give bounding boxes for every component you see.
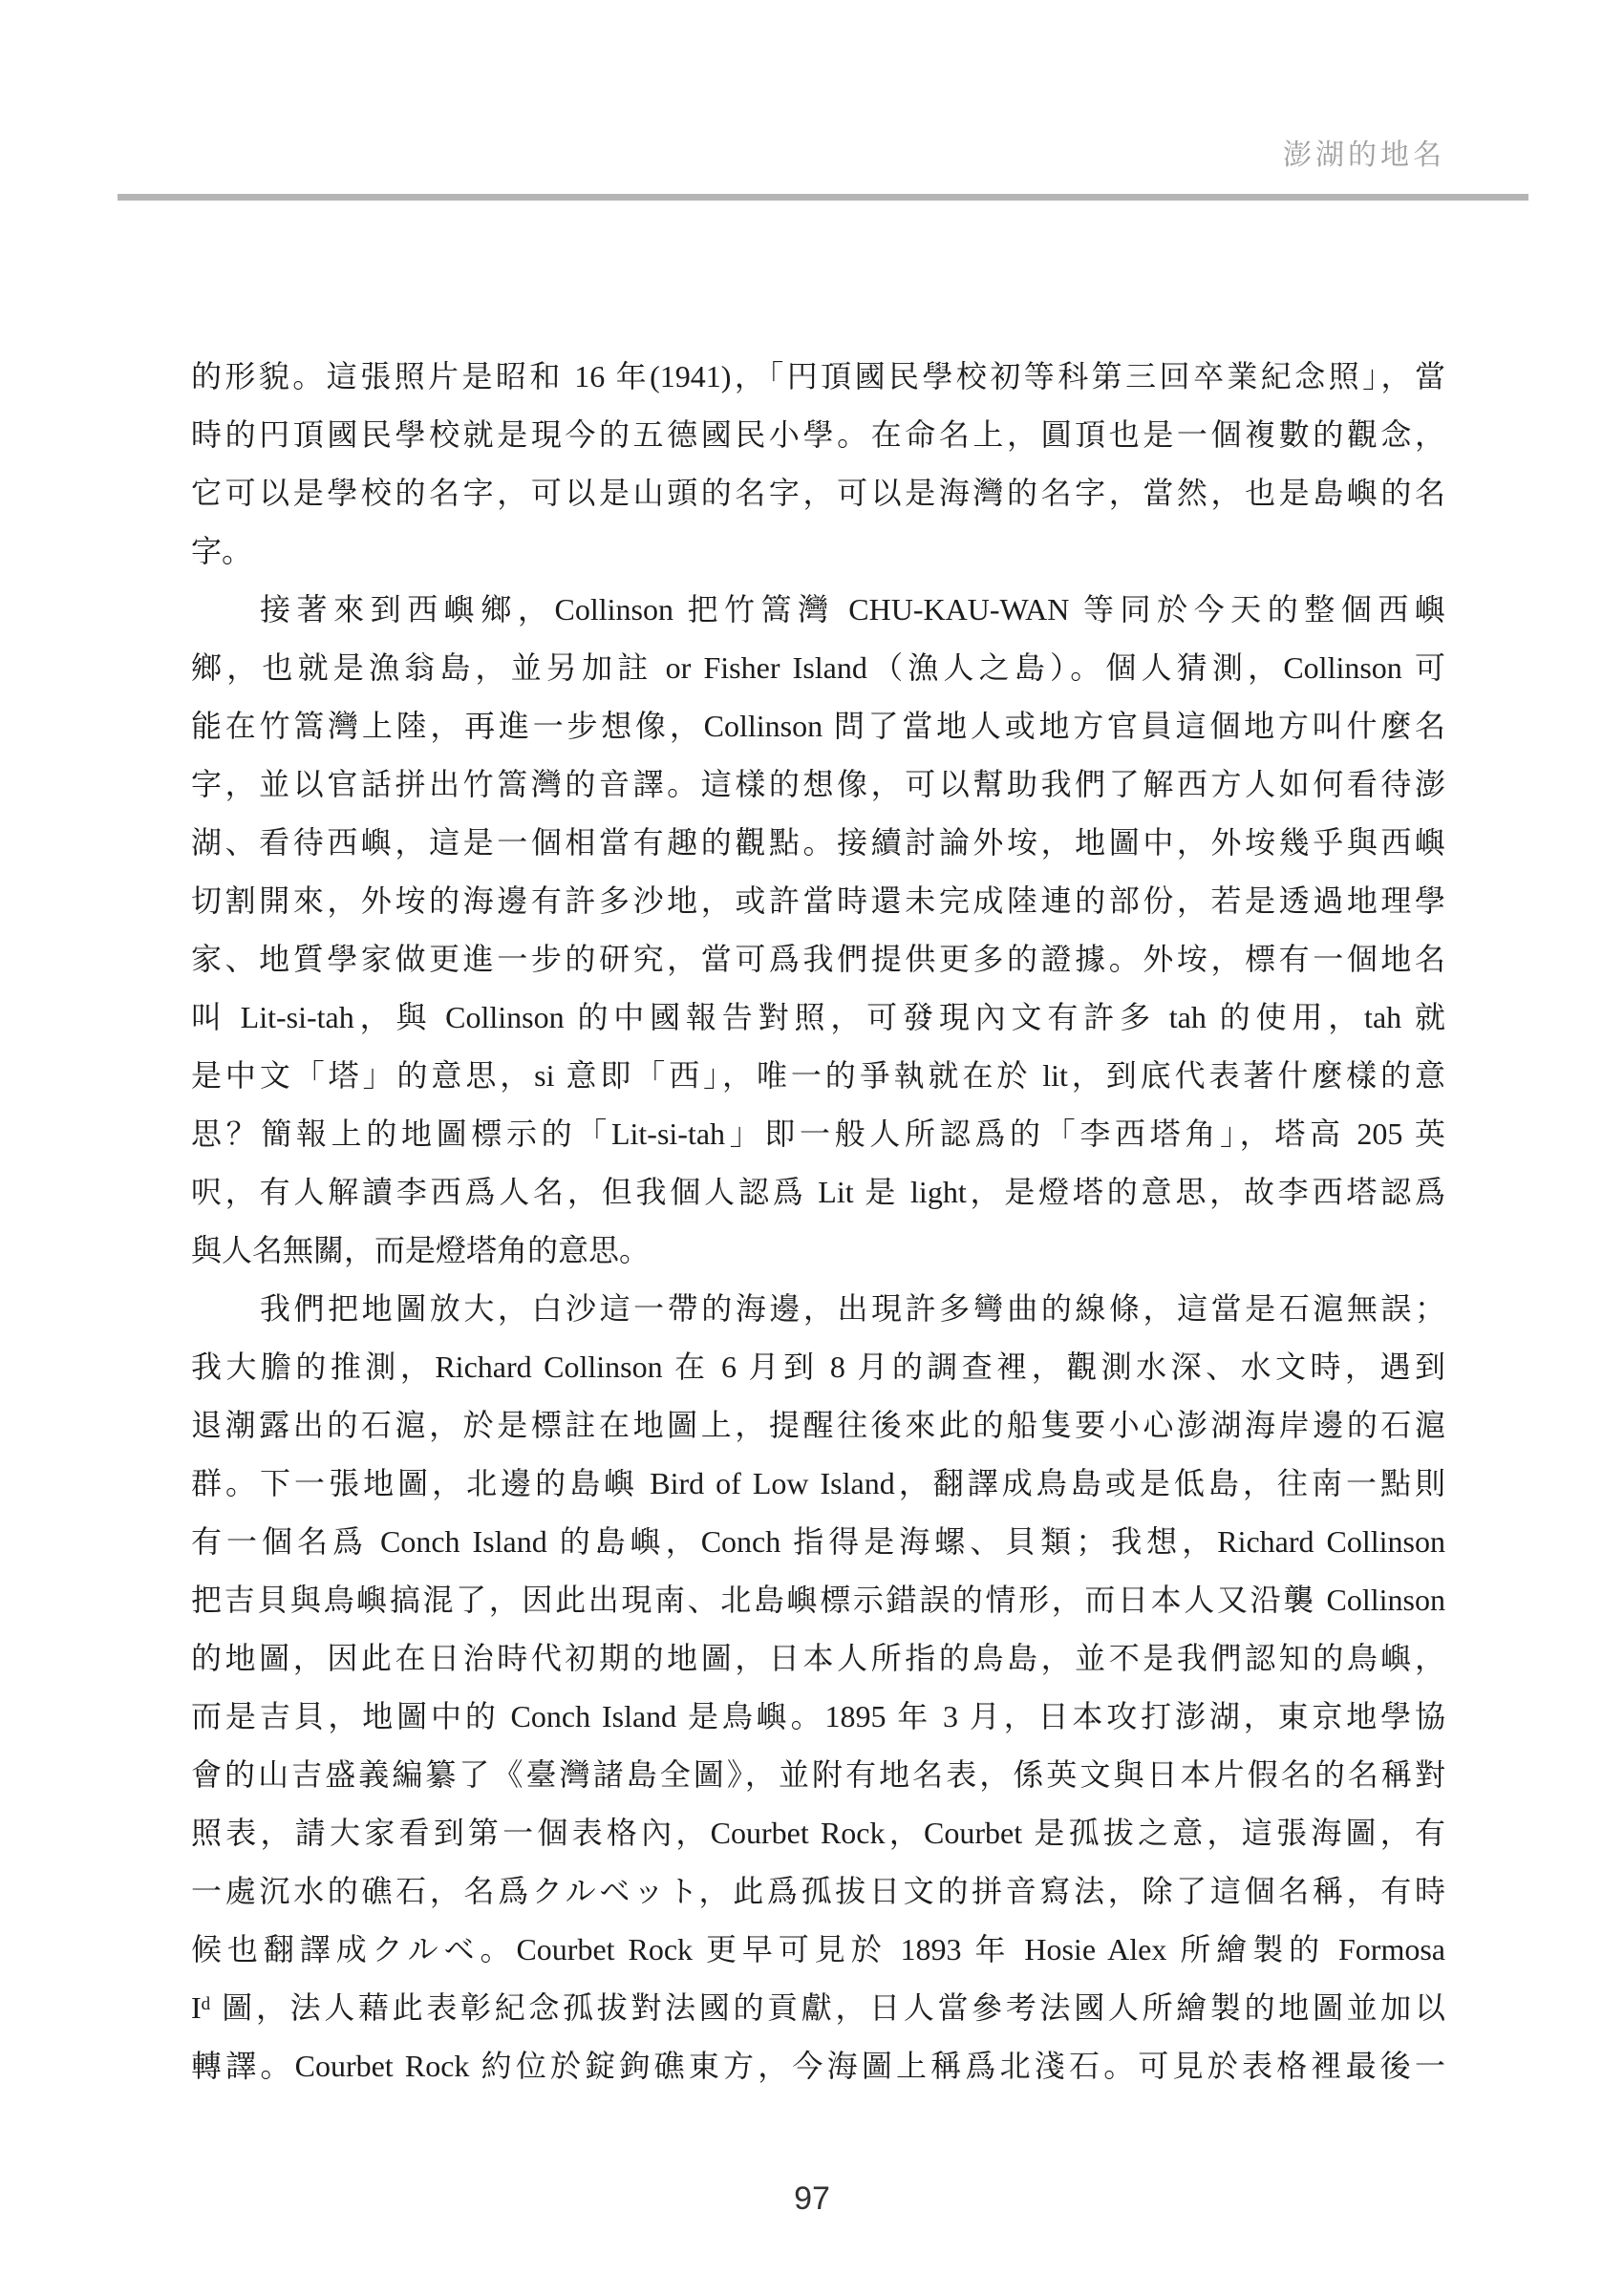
- text-line: 呎，有人解讀李西爲人名，但我個人認爲 Lit 是 light，是燈塔的意思，故李…: [191, 1163, 1445, 1222]
- text-line: 候也翻譯成クルベ。Courbet Rock 更早可見於 1893 年 Hosie…: [191, 1921, 1445, 1979]
- text-line: 與人名無關，而是燈塔角的意思。: [191, 1222, 1445, 1280]
- text-line: 字，並以官話拼出竹篙灣的音譯。這樣的想像，可以幫助我們了解西方人如何看待澎: [191, 755, 1445, 814]
- page-number: 97: [0, 2180, 1624, 2218]
- text-line: Iᵈ 圖，法人藉此表彰紀念孤拔對法國的貢獻，日人當參考法國人所繪製的地圖並加以: [191, 1979, 1445, 2037]
- text-line: 思？簡報上的地圖標示的「Lit-si-tah」即一般人所認爲的「李西塔角」，塔高…: [191, 1105, 1445, 1163]
- document-page: 澎湖的地名 的形貌。這張照片是昭和 16 年(1941)，「円頂國民學校初等科第…: [0, 0, 1624, 2296]
- text-line: 照表，請大家看到第一個表格內，Courbet Rock，Courbet 是孤拔之…: [191, 1804, 1445, 1862]
- text-line: 字。: [191, 522, 1445, 581]
- text-line: 是中文「塔」的意思，si 意即「西」，唯一的爭執就在於 lit，到底代表著什麼樣…: [191, 1047, 1445, 1105]
- text-line: 的形貌。這張照片是昭和 16 年(1941)，「円頂國民學校初等科第三回卒業紀念…: [191, 348, 1445, 406]
- text-line: 而是吉貝，地圖中的 Conch Island 是鳥嶼。1895 年 3 月，日本…: [191, 1688, 1445, 1746]
- text-line: 有一個名爲 Conch Island 的島嶼，Conch 指得是海螺、貝類；我想…: [191, 1513, 1445, 1571]
- body-text: 的形貌。這張照片是昭和 16 年(1941)，「円頂國民學校初等科第三回卒業紀念…: [191, 348, 1445, 2095]
- running-header-title: 澎湖的地名: [1283, 137, 1445, 175]
- text-line: 時的円頂國民學校就是現今的五德國民小學。在命名上，圓頂也是一個複數的觀念，: [191, 406, 1445, 464]
- text-line: 我大膽的推測，Richard Collinson 在 6 月到 8 月的調查裡，…: [191, 1338, 1445, 1396]
- text-line: 叫 Lit-si-tah，與 Collinson 的中國報告對照，可發現內文有許…: [191, 989, 1445, 1047]
- text-line: 家、地質學家做更進一步的研究，當可爲我們提供更多的證據。外垵，標有一個地名: [191, 930, 1445, 989]
- text-line: 湖、看待西嶼，這是一個相當有趣的觀點。接續討論外垵，地圖中，外垵幾乎與西嶼: [191, 814, 1445, 872]
- text-line: 的地圖，因此在日治時代初期的地圖，日本人所指的鳥島，並不是我們認知的鳥嶼，: [191, 1629, 1445, 1688]
- text-line: 鄉，也就是漁翁島，並另加註 or Fisher Island（漁人之島）。個人猜…: [191, 639, 1445, 697]
- text-line: 會的山吉盛義編纂了《臺灣諸島全圖》，並附有地名表，係英文與日本片假名的名稱對: [191, 1746, 1445, 1804]
- text-line: 接著來到西嶼鄉，Collinson 把竹篙灣 CHU-KAU-WAN 等同於今天…: [191, 581, 1445, 639]
- text-line: 轉譯。Courbet Rock 約位於錠鉤礁東方，今海圖上稱爲北淺石。可見於表格…: [191, 2037, 1445, 2095]
- text-line: 它可以是學校的名字，可以是山頭的名字，可以是海灣的名字，當然，也是島嶼的名: [191, 464, 1445, 522]
- text-line: 退潮露出的石滬，於是標註在地圖上，提醒往後來此的船隻要小心澎湖海岸邊的石滬: [191, 1396, 1445, 1455]
- text-line: 能在竹篙灣上陸，再進一步想像，Collinson 問了當地人或地方官員這個地方叫…: [191, 697, 1445, 755]
- text-line: 把吉貝與鳥嶼搞混了，因此出現南、北島嶼標示錯誤的情形，而日本人又沿襲 Colli…: [191, 1571, 1445, 1629]
- header-divider-rule: [118, 194, 1528, 201]
- text-line: 切割開來，外垵的海邊有許多沙地，或許當時還未完成陸連的部份，若是透過地理學: [191, 872, 1445, 930]
- text-line: 一處沉水的礁石，名爲クルベット，此爲孤拔日文的拼音寫法，除了這個名稱，有時: [191, 1862, 1445, 1921]
- text-line: 我們把地圖放大，白沙這一帶的海邊，出現許多彎曲的線條，這當是石滬無誤；: [191, 1280, 1445, 1338]
- text-line: 群。下一張地圖，北邊的島嶼 Bird of Low Island，翻譯成鳥島或是…: [191, 1455, 1445, 1513]
